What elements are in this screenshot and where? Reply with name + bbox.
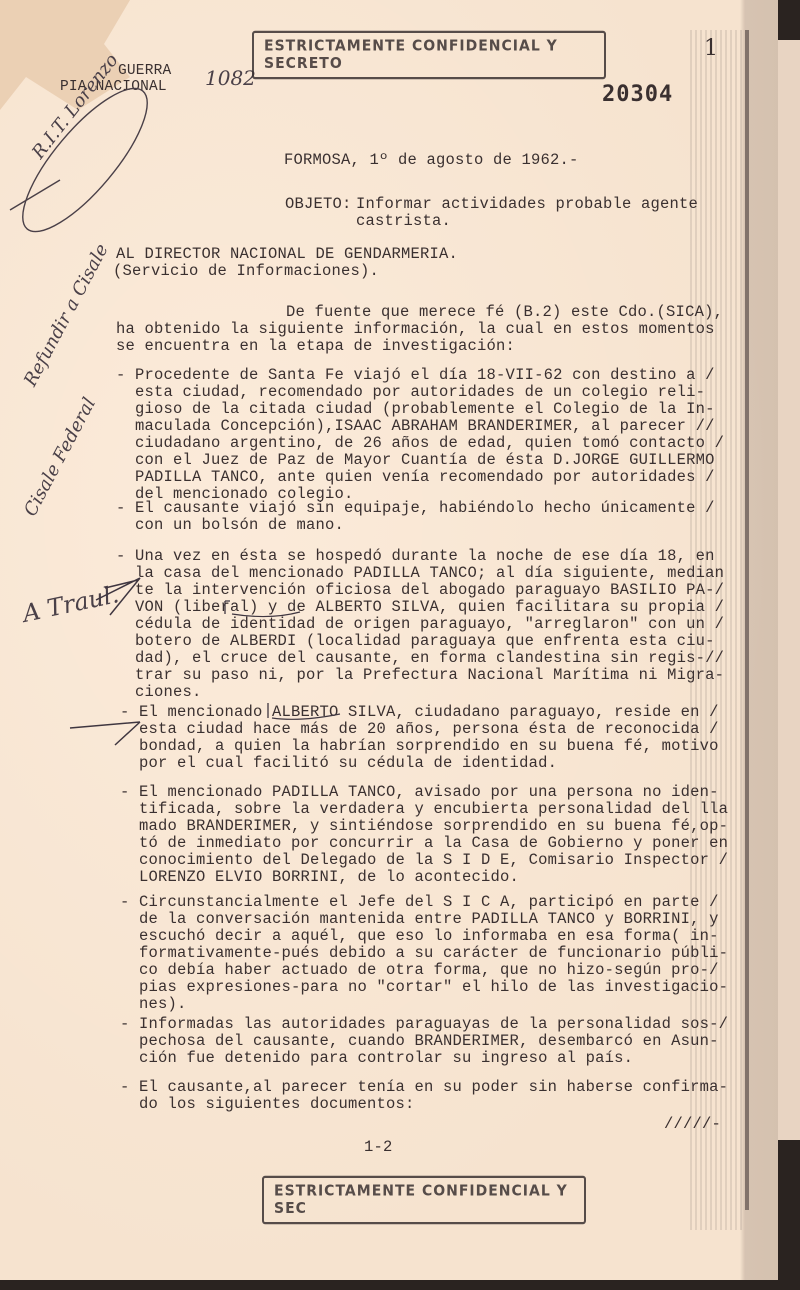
subject-label: OBJETO: bbox=[285, 195, 352, 213]
intro-line: ha obtenido la siguiente información, la… bbox=[116, 320, 715, 338]
paragraph-line: tó de inmediato por concurrir a la Casa … bbox=[120, 834, 728, 852]
paragraph-line: formativamente-pués debido a su carácter… bbox=[120, 944, 728, 962]
paragraph-line: - Informadas las autoridades paraguayas … bbox=[120, 1015, 728, 1033]
paragraph-line: - El causante,al parecer tenía en su pod… bbox=[120, 1078, 728, 1096]
paragraph-line: - El causante viajó sin equipaje, habién… bbox=[116, 499, 715, 517]
paragraph-line: - Una vez en ésta se hospedó durante la … bbox=[116, 547, 715, 565]
handwritten-note-margin: Cisale Federal bbox=[20, 394, 100, 520]
document-page: GUERRA PIA NACIONAL 1082 ESTRICTAMENTE C… bbox=[0, 0, 778, 1280]
handwritten-note-margin: A Traul. bbox=[20, 580, 121, 628]
paragraph-line: la casa del mencionado PADILLA TANCO; al… bbox=[116, 564, 724, 582]
paragraph-line: trar su paso ni, por la Prefectura Nacio… bbox=[116, 666, 724, 684]
confidential-stamp-top: ESTRICTAMENTE CONFIDENCIAL Y SECRETO bbox=[252, 31, 606, 79]
paragraph-line: con un bolsón de mano. bbox=[116, 516, 344, 534]
addressee-line-2: (Servicio de Informaciones). bbox=[113, 262, 379, 280]
paragraph-line: mado BRANDERIMER, y sintiéndose sorprend… bbox=[120, 817, 728, 835]
paragraph-line: VON (liberal) y de ALBERTO SILVA, quien … bbox=[116, 598, 724, 616]
continuation-mark: /////- bbox=[664, 1115, 721, 1133]
file-number: 20304 bbox=[602, 86, 673, 104]
paragraph-line: tificada, sobre la verdadera y encubiert… bbox=[120, 800, 728, 818]
paragraph-line: - El mencionado PADILLA TANCO, avisado p… bbox=[120, 783, 719, 801]
paragraph-line: gioso de la citada ciudad (probablemente… bbox=[116, 400, 715, 418]
handwritten-number: 1082 bbox=[205, 66, 256, 90]
paragraph-line: de la conversación mantenida entre PADIL… bbox=[120, 910, 719, 928]
paragraph-line: conocimiento del Delegado de la S I D E,… bbox=[120, 851, 728, 869]
confidential-stamp-bottom: ESTRICTAMENTE CONFIDENCIAL Y SEC bbox=[262, 1176, 586, 1224]
paragraph-line: esta ciudad hace más de 20 años, persona… bbox=[120, 720, 719, 738]
paragraph-line: - Circunstancialmente el Jefe del S I C … bbox=[120, 893, 719, 911]
page-footer: 1-2 bbox=[364, 1138, 393, 1156]
page-mark: 1 bbox=[704, 40, 718, 58]
underlying-sheet bbox=[778, 40, 800, 1140]
addressee-line-1: AL DIRECTOR NACIONAL DE GENDARMERIA. bbox=[116, 245, 458, 263]
paragraph-line: ciudadano argentino, de 26 años de edad,… bbox=[116, 434, 724, 452]
page-edge-line bbox=[745, 30, 749, 1210]
paragraph-line: nes). bbox=[120, 995, 187, 1013]
paragraph-line: cédula de identidad de origen paraguayo,… bbox=[116, 615, 724, 633]
intro-line: De fuente que merece fé (B.2) este Cdo.(… bbox=[286, 303, 723, 321]
paragraph-line: - El mencionado ALBERTO SILVA, ciudadano… bbox=[120, 703, 719, 721]
paragraph-line: - Procedente de Santa Fe viajó el día 18… bbox=[116, 366, 715, 384]
paragraph-line: maculada Concepción),ISAAC ABRAHAM BRAND… bbox=[116, 417, 715, 435]
paragraph-line: bondad, a quien la habrían sorprendido e… bbox=[120, 737, 719, 755]
paragraph-line: con el Juez de Paz de Mayor Cuantía de é… bbox=[116, 451, 715, 469]
paragraph-line: co debía haber actuado de otra forma, qu… bbox=[120, 961, 719, 979]
paragraph-line: escuchó decir a aquél, que eso lo inform… bbox=[120, 927, 719, 945]
paragraph-line: ción fue detenido para controlar su ingr… bbox=[120, 1049, 633, 1067]
paragraph-line: por el cual facilitó su cédula de identi… bbox=[120, 754, 557, 772]
paragraph-line: do los siguientes documentos: bbox=[120, 1095, 415, 1113]
subject-line-1: Informar actividades probable agente bbox=[356, 195, 698, 213]
paragraph-line: esta ciudad, recomendado por autoridades… bbox=[116, 383, 705, 401]
intro-line: se encuentra en la etapa de investigació… bbox=[116, 337, 515, 355]
paragraph-line: pechosa del causante, cuando BRANDERIMER… bbox=[120, 1032, 719, 1050]
paragraph-line: botero de ALBERDI (localidad paraguaya q… bbox=[116, 632, 715, 650]
paragraph-line: ciones. bbox=[116, 683, 202, 701]
dateline: FORMOSA, 1º de agosto de 1962.- bbox=[284, 151, 579, 169]
subject-line-2: castrista. bbox=[356, 212, 451, 230]
handwritten-note-margin: Refundir a Cisale bbox=[20, 240, 113, 389]
paragraph-line: LORENZO ELVIO BORRINI, de lo acontecido. bbox=[120, 868, 519, 886]
paragraph-line: pias expresiones-para no "cortar" el hil… bbox=[120, 978, 728, 996]
paragraph-line: te la intervención oficiosa del abogado … bbox=[116, 581, 724, 599]
paragraph-line: dad), el cruce del causante, en forma cl… bbox=[116, 649, 724, 667]
paragraph-line: PADILLA TANCO, ante quien venía recomend… bbox=[116, 468, 715, 486]
